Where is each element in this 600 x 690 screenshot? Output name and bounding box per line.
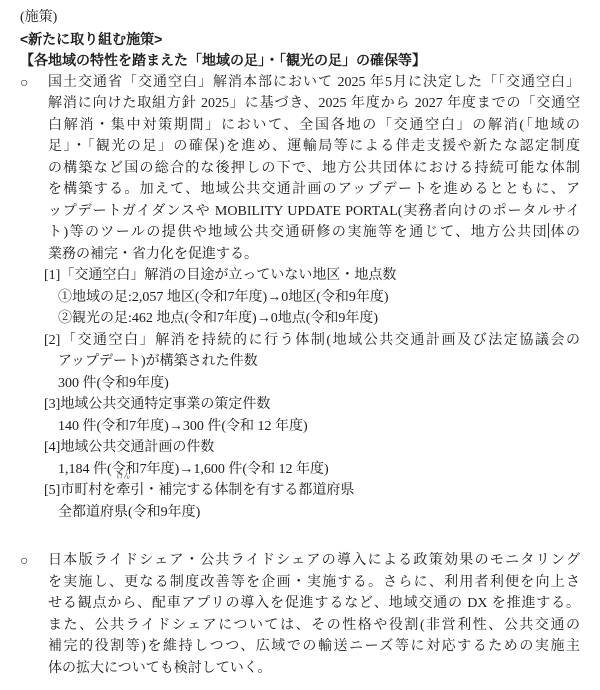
paragraph-2-line-1: 日本版ライドシェア・公共ライドシェアの導入による政策効果のモニタリング — [48, 550, 580, 572]
kpi-5-heading: [5]市町村を牽けん引・補完する体制を有する都道府県 — [44, 480, 580, 502]
paragraph-2-line-3: せる観点から、配車アプリの導入を促進するなど、地域交通の DX を推進する。 — [48, 593, 580, 615]
paragraph-1-line-4: 足」・「観光の足」の確保)を進め、運輸局等による伴走支援や新たな認定制度 — [48, 136, 580, 158]
paragraph-1-line-1: 国土交通省「交通空白」解消本部において 2025 年5月に決定した「「交通空白」 — [48, 72, 580, 94]
kpi-list: [1]「交通空白」解消の目途が立っていない地区・地点数 ①地域の足:2,057 … — [20, 265, 580, 523]
paragraph-2-line-2: を実施し、更なる制度改善等を企画・実施する。さらに、利用者利便を向上さ — [48, 572, 580, 594]
paragraph-1-line-8: ト)等のツールの提供や地域公共交通研修の実施等を通じて、地方公共団体の — [48, 222, 580, 244]
ruby-kanji: 牽けん — [116, 480, 130, 502]
heading-regional-mobility: 【各地域の特性を踏まえた「地域の足」・「観光の足」の確保等】 — [20, 50, 580, 72]
kpi-1-item-regional: ①地域の足:2,057 地区(令和7年度)→0地区(令和9年度) — [58, 287, 580, 309]
paragraph-2: ○ 日本版ライドシェア・公共ライドシェアの導入による政策効果のモニタリング を実… — [20, 550, 580, 679]
bullet-circle-1: ○ — [20, 72, 28, 94]
kpi-3-value: 140 件(令和7年度)→300 件(令和 12 年度) — [58, 416, 580, 438]
kpi-2-heading: [2]「交通空白」解消を持続的に行う体制(地域公共交通計画及び法定協議会の — [44, 330, 580, 352]
paragraph-spacer — [20, 523, 580, 550]
paragraph-1: ○ 国土交通省「交通空白」解消本部において 2025 年5月に決定した「「交通空… — [20, 72, 580, 266]
paragraph-1-line-2: 解消に向けた取組方針 2025」に基づき、2025 年度から 2027 年度まで… — [48, 93, 580, 115]
kpi-5-value: 全都道府県(令和9年度) — [58, 502, 580, 524]
paragraph-1-line-9: 業務の補完・省力化を促進する。 — [48, 244, 580, 266]
kpi-2-value: 300 件(令和9年度) — [58, 373, 580, 395]
kpi-1-item-tourism: ②観光の足:462 地点(令和7年度)→0地点(令和9年度) — [58, 308, 580, 330]
paragraph-1-line-7: ップデートガイダンスや MOBILITY UPDATE PORTAL(実務者向け… — [48, 201, 580, 223]
kpi-1-heading: [1]「交通空白」解消の目途が立っていない地区・地点数 — [44, 265, 580, 287]
kpi-3-heading: [3]地域公共交通特定事業の策定件数 — [44, 394, 580, 416]
kpi-5-heading-post: 引・補完する体制を有する都道府県 — [130, 483, 354, 498]
paragraph-1-line-3: 白解消・集中対策期間」において、全国各地の「交通空白」の解消(「地域の — [48, 115, 580, 137]
section-note: (施策) — [20, 7, 580, 29]
paragraph-2-line-4: また、公共ライドシェアについては、その性格や役割(非営利性、公共交通の — [48, 615, 580, 637]
furigana-annotation: けん — [116, 473, 130, 480]
cursor-line-post-text: 体の — [549, 225, 580, 240]
paragraph-1-line-6: を構築する。加えて、地域公共交通計画のアップデートを進めるとともに、ア — [48, 179, 580, 201]
ruby-base-char: 牽 — [116, 483, 130, 498]
heading-new-measures: <新たに取り組む施策> — [20, 29, 580, 51]
paragraph-2-line-6: 体の拡大についても検討していく。 — [48, 658, 580, 680]
cursor-line-pre-text: ト)等のツールの提供や地域公共交通研修の実施等を通じて、地方公共団 — [48, 225, 548, 240]
kpi-5-heading-pre: [5]市町村を — [44, 483, 116, 498]
paragraph-1-line-5: の構築など国の総合的な後押しの下で、地方公共団体における持続可能な体制 — [48, 158, 580, 180]
document-page[interactable]: (施策) <新たに取り組む施策> 【各地域の特性を踏まえた「地域の足」・「観光の… — [0, 0, 600, 690]
bullet-circle-2: ○ — [20, 550, 28, 572]
paragraph-2-line-5: 補完的役割等)を維持しつつ、広域での輸送ニーズ等に対応するための実施主 — [48, 636, 580, 658]
kpi-4-heading: [4]地域公共交通計画の件数 — [44, 437, 580, 459]
kpi-4-value: 1,184 件(令和7年度)→1,600 件(令和 12 年度) — [58, 459, 580, 481]
kpi-2-heading-continuation: アップデート)が構築された件数 — [58, 351, 580, 373]
